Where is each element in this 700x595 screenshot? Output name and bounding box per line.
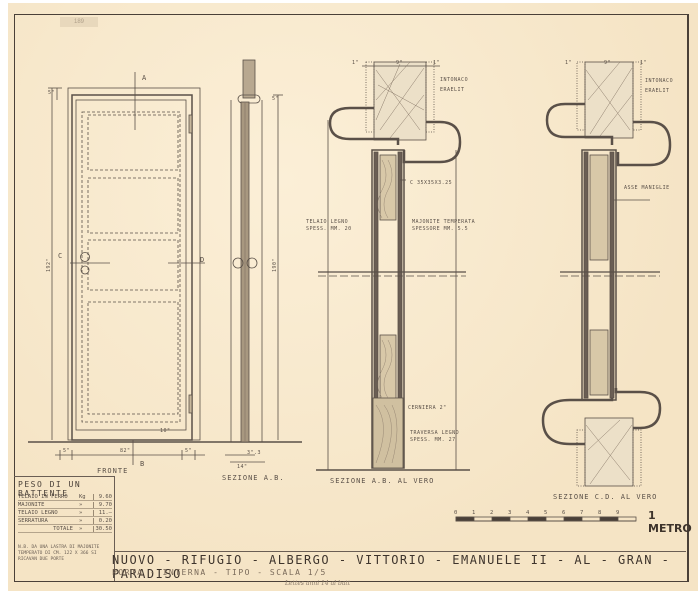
scale-tick: 3 bbox=[508, 510, 511, 516]
front-height-dim: 192" bbox=[46, 258, 52, 272]
front-elevation bbox=[28, 72, 302, 465]
front-right-dim: 5" bbox=[185, 448, 192, 454]
ab-right-dim: 1" bbox=[433, 60, 440, 66]
scale-tick: 9 bbox=[616, 510, 619, 516]
ab-annotation-intonaco: INTONACO bbox=[440, 77, 468, 83]
ab-annotation-eraelit: ERAELIT bbox=[440, 87, 465, 93]
front-left-dim: 5" bbox=[63, 448, 70, 454]
cd-annotation-intonaco: INTONACO bbox=[645, 78, 673, 84]
weight-table: PESO DI UN BATTENTE TELAIO IN FERRO Kg 9… bbox=[14, 476, 115, 581]
section-mark-c: C bbox=[58, 252, 63, 260]
weight-row: SERRATURA » 0.20 bbox=[18, 518, 112, 525]
scale-tick: 0 bbox=[454, 510, 457, 516]
cd-wall-dim: 9" bbox=[604, 60, 611, 66]
scale-bar-ticks: 0 1 2 3 4 5 6 7 8 9 bbox=[454, 510, 639, 518]
scale-tick: 5 bbox=[544, 510, 547, 516]
weight-row: TELAIO LEGNO » 11.— bbox=[18, 510, 112, 517]
drawing-subtitle: PORTA - INTERNA - TIPO - SCALA 1/5 bbox=[112, 568, 327, 577]
weight-row-total: TOTALE » 30.50 bbox=[18, 526, 112, 533]
cd-right-dim: 1" bbox=[640, 60, 647, 66]
weight-row-value: 30.50 bbox=[93, 526, 112, 532]
weight-row-name: TOTALE bbox=[18, 526, 79, 532]
scale-tick: 4 bbox=[526, 510, 529, 516]
weight-row: MAJONITE » 9.70 bbox=[18, 502, 112, 509]
weight-row-unit: » bbox=[79, 518, 93, 524]
front-view-label: FRONTE bbox=[97, 467, 128, 475]
section-mark-b: B bbox=[140, 460, 145, 468]
section-cd-full-label: SEZIONE C.D. AL VERO bbox=[553, 493, 657, 501]
ab-left-dim: 1" bbox=[352, 60, 359, 66]
front-top-dim: 5" bbox=[48, 90, 55, 96]
section-ab-height-dim: 190" bbox=[272, 258, 278, 272]
section-ab-outer-dim: 14" bbox=[237, 464, 248, 470]
weight-row-value: 9.70 bbox=[93, 502, 112, 508]
front-bottom-dim: 10" bbox=[160, 428, 171, 434]
section-ab-full bbox=[316, 62, 470, 470]
cd-annotation-asse-maniglie: ASSE MANIGLIE bbox=[624, 185, 670, 191]
weight-row-unit: Kg bbox=[79, 494, 93, 500]
section-ab-small-label: SEZIONE A.B. bbox=[222, 474, 285, 482]
section-mark-a: A bbox=[142, 74, 147, 82]
weight-row-name: MAJONITE bbox=[18, 502, 79, 508]
cd-annotation-eraelit: ERAELIT bbox=[645, 88, 670, 94]
weight-table-note: N.B. DA UNA LASTRA DI MAJONITE TEMPERATO… bbox=[18, 545, 110, 563]
handwritten-signature: Lettes anni 14 al batt bbox=[285, 580, 350, 587]
ab-annotation-traversa: TRAVERSA LEGNO SPESS. MM. 27 bbox=[410, 430, 480, 444]
scale-tick: 2 bbox=[490, 510, 493, 516]
section-ab-inner-dim: 3".3 bbox=[247, 450, 261, 456]
weight-row-unit: » bbox=[79, 502, 93, 508]
ab-annotation-cerniera: CERNIERA 2" bbox=[408, 405, 447, 411]
section-mark-d: D bbox=[200, 256, 205, 264]
weight-row-value: 11.— bbox=[93, 510, 112, 516]
weight-row: TELAIO IN FERRO Kg 9.60 bbox=[18, 494, 112, 501]
scale-tick: 8 bbox=[598, 510, 601, 516]
ab-annotation-majonite: MAJONITE TEMPERATA SPESSORE MM. 5.5 bbox=[412, 219, 482, 233]
weight-row-value: 9.60 bbox=[93, 494, 112, 500]
weight-row-name: TELAIO LEGNO bbox=[18, 510, 79, 516]
section-ab-top-dim: 5" bbox=[272, 96, 279, 102]
ab-annotation-channel: C 35X35X3.25 bbox=[410, 180, 452, 186]
weight-row-unit: » bbox=[79, 510, 93, 516]
scale-tick: 1 bbox=[472, 510, 475, 516]
ab-wall-dim: 9" bbox=[396, 60, 403, 66]
weight-row-name: SERRATURA bbox=[18, 518, 79, 524]
ab-annotation-telaio: TELAIO LEGNO SPESS. MM. 20 bbox=[306, 219, 366, 233]
cd-left-dim: 1" bbox=[565, 60, 572, 66]
scale-tick: 6 bbox=[562, 510, 565, 516]
weight-row-name: TELAIO IN FERRO bbox=[18, 494, 79, 500]
scale-bar-unit-label: 1 METRO bbox=[648, 509, 700, 535]
section-cd-full bbox=[543, 62, 670, 486]
weight-row-value: 0.20 bbox=[93, 518, 112, 524]
section-ab-full-label: SEZIONE A.B. AL VERO bbox=[330, 477, 434, 485]
scale-tick: 7 bbox=[580, 510, 583, 516]
weight-row-unit: » bbox=[79, 526, 93, 532]
front-width-dim: 82" bbox=[120, 448, 131, 454]
